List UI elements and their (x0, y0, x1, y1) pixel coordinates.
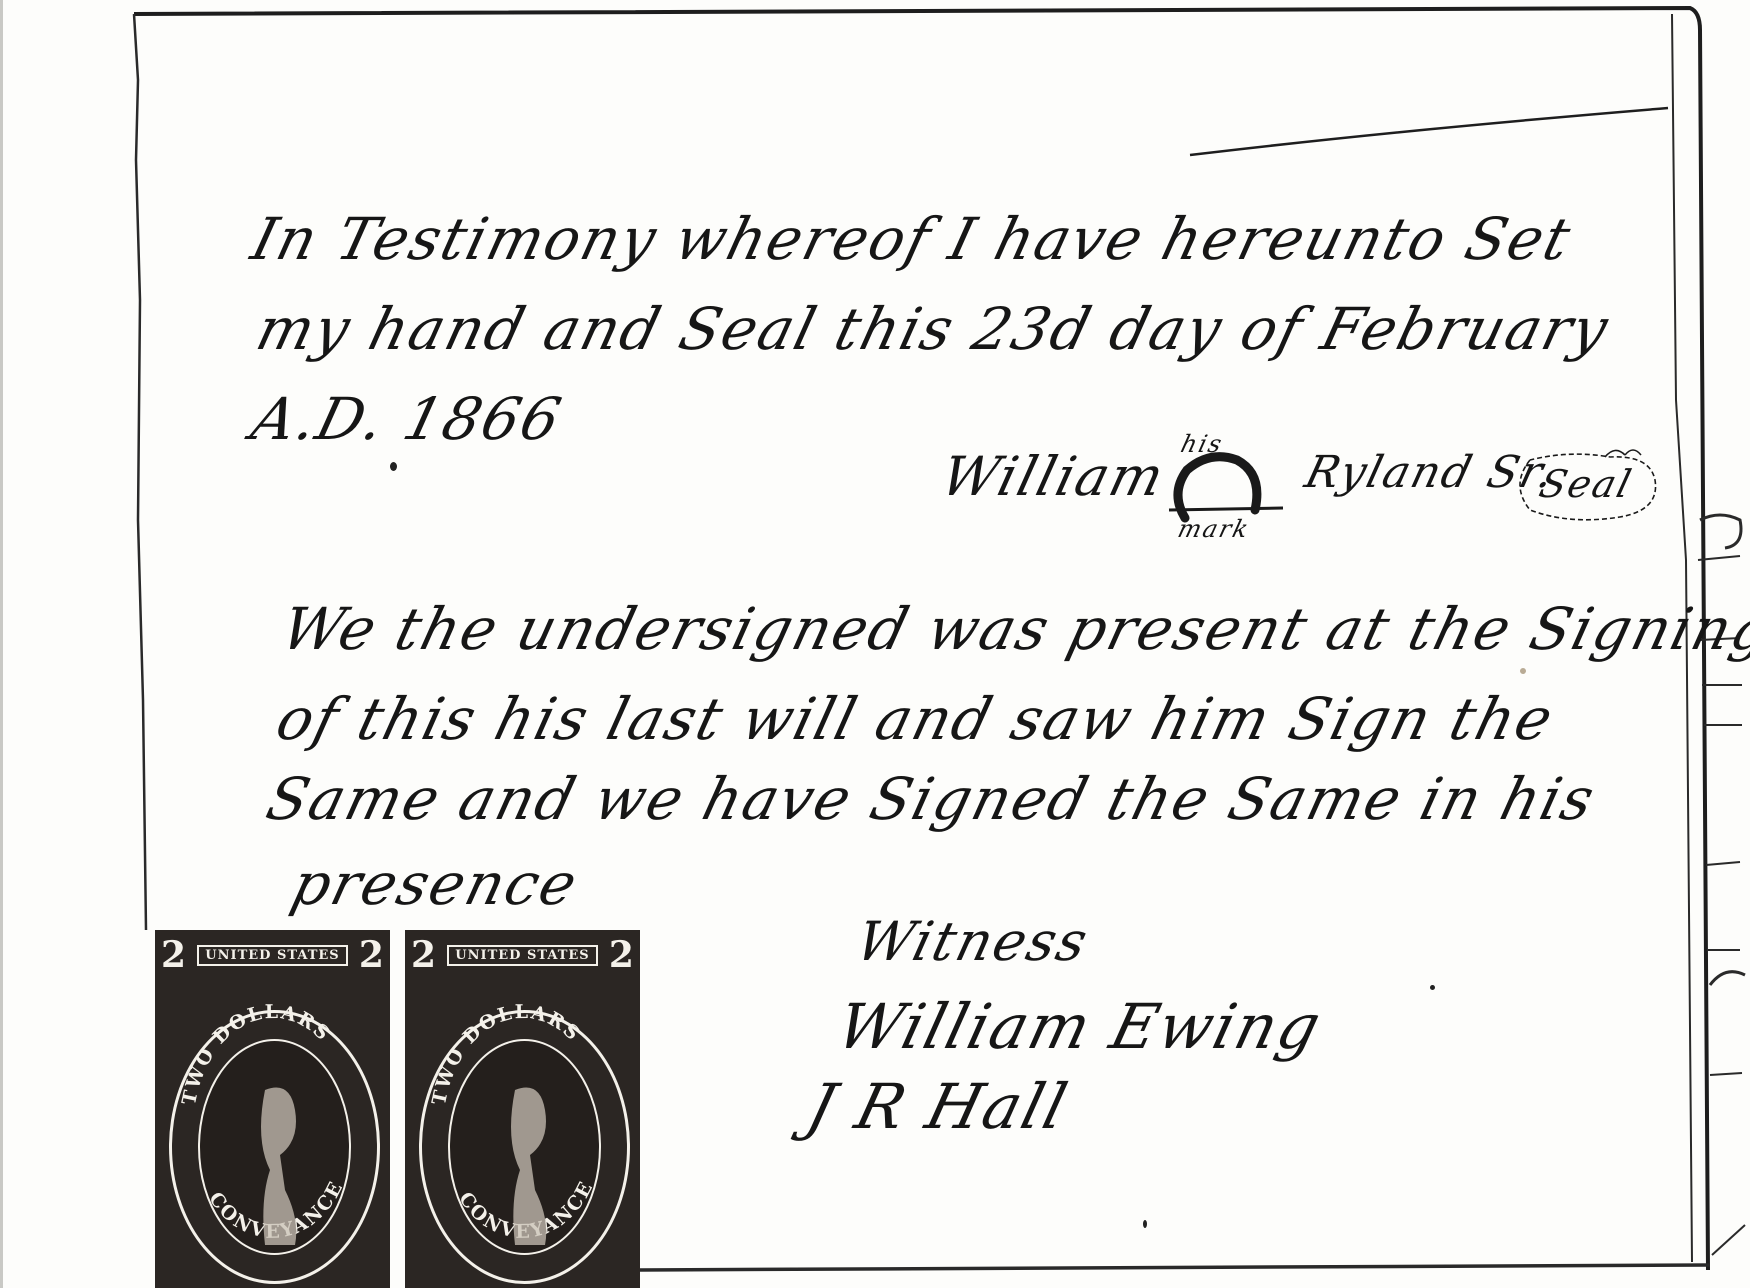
witness-signature: William Ewing (830, 990, 1329, 1063)
witness-signature: J R Hall (800, 1070, 1076, 1143)
stamp-portrait-icon (495, 1080, 555, 1250)
revenue-stamp: 2 UNITED STATES 2 TWO DOLLARS CONVEYANCE (155, 930, 390, 1288)
attestation-line-2: of this his last will and saw him Sign t… (270, 685, 1561, 753)
testimonium-line-1: In Testimony whereof I have hereunto Set (245, 205, 1579, 273)
witness-heading: Witness (850, 910, 1095, 973)
seal-label: Seal (1535, 462, 1637, 506)
ink-speck (390, 462, 397, 471)
stamp-portrait-icon (245, 1080, 305, 1250)
attestation-line-3: Same and we have Signed the Same in his (260, 765, 1603, 833)
ink-speck (1143, 1220, 1147, 1228)
revenue-stamp: 2 UNITED STATES 2 TWO DOLLARS CONVEYANCE (405, 930, 640, 1288)
revenue-stamps: 2 UNITED STATES 2 TWO DOLLARS CONVEYANCE… (155, 930, 645, 1288)
testimonium-date-line: A.D. 1866 (245, 385, 569, 453)
ink-speck (1430, 985, 1435, 990)
testator-first-name: William (935, 445, 1172, 508)
paper-stain (1520, 668, 1526, 674)
attestation-line-1: We the undersigned was present at the Si… (275, 595, 1750, 663)
testimonium-line-2: my hand and Seal this 23d day of Februar… (250, 295, 1616, 363)
attestation-line-4: presence (285, 850, 585, 918)
mark-label-mark: mark (1175, 515, 1253, 543)
